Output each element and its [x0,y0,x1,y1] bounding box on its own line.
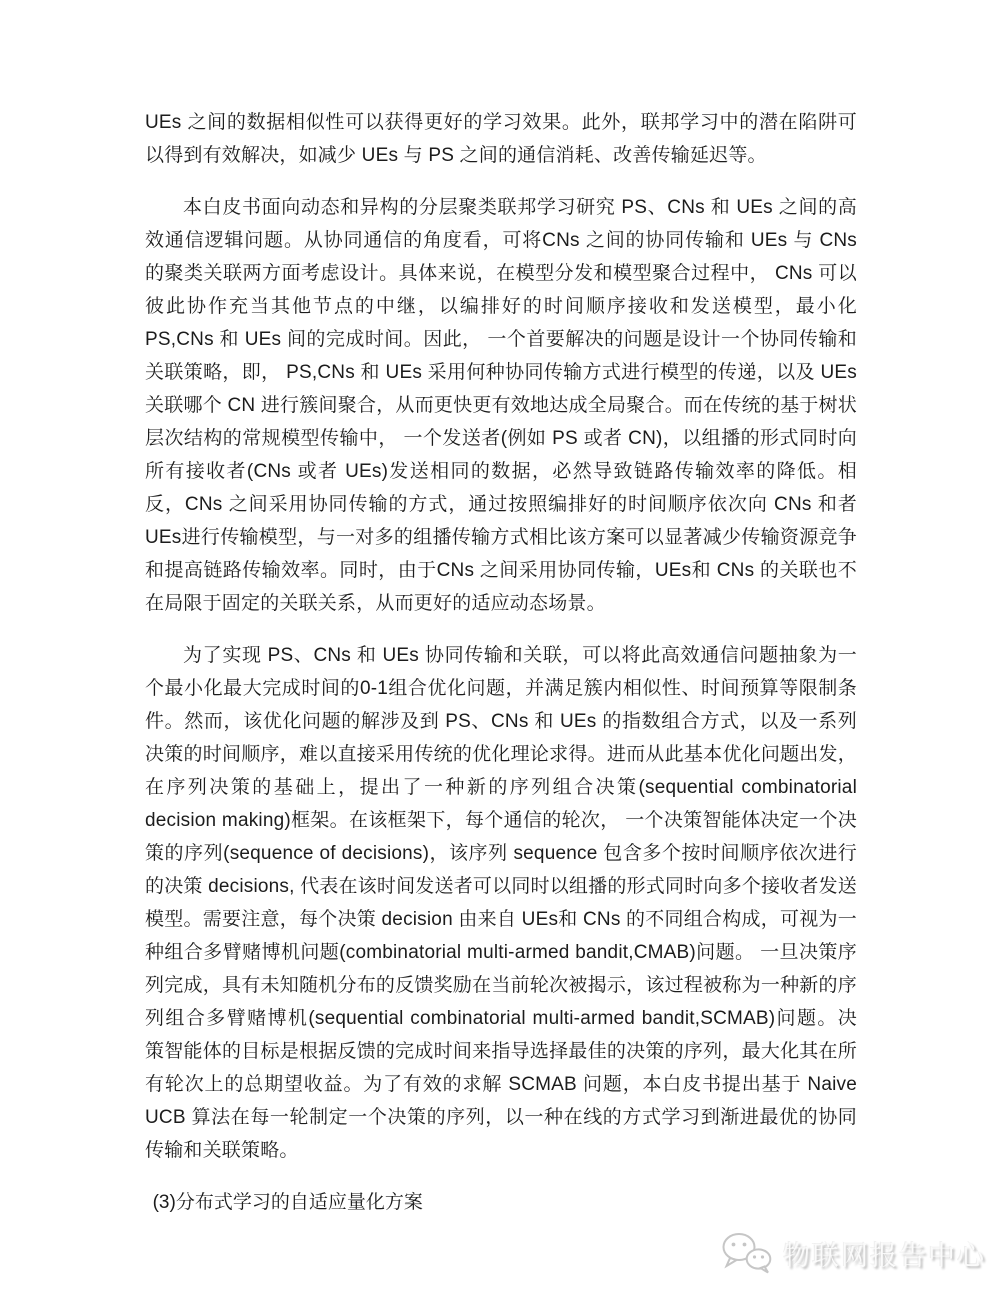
paragraph-ues-data-similarity: UEs 之间的数据相似性可以获得更好的学习效果。此外，联邦学习中的潜在陷阱可以得… [145,106,857,172]
watermark: 物联网报告中心 [720,1231,986,1275]
paragraph-scmab-optimization: 为了实现 PS、CNs 和 UEs 协同传输和关联，可以将此高效通信问题抽象为一… [145,639,857,1167]
document-content: UEs 之间的数据相似性可以获得更好的学习效果。此外，联邦学习中的潜在陷阱可以得… [145,106,857,1219]
watermark-text: 物联网报告中心 [783,1234,986,1273]
wechat-icon [720,1231,774,1275]
section-heading-adaptive-quantization: (3)分布式学习的自适应量化方案 [145,1186,857,1219]
paragraph-whitepaper-communication-logic: 本白皮书面向动态和异构的分层聚类联邦学习研究 PS、CNs 和 UEs 之间的高… [145,191,857,620]
document-page: UEs 之间的数据相似性可以获得更好的学习效果。此外，联邦学习中的潜在陷阱可以得… [0,0,1000,1293]
